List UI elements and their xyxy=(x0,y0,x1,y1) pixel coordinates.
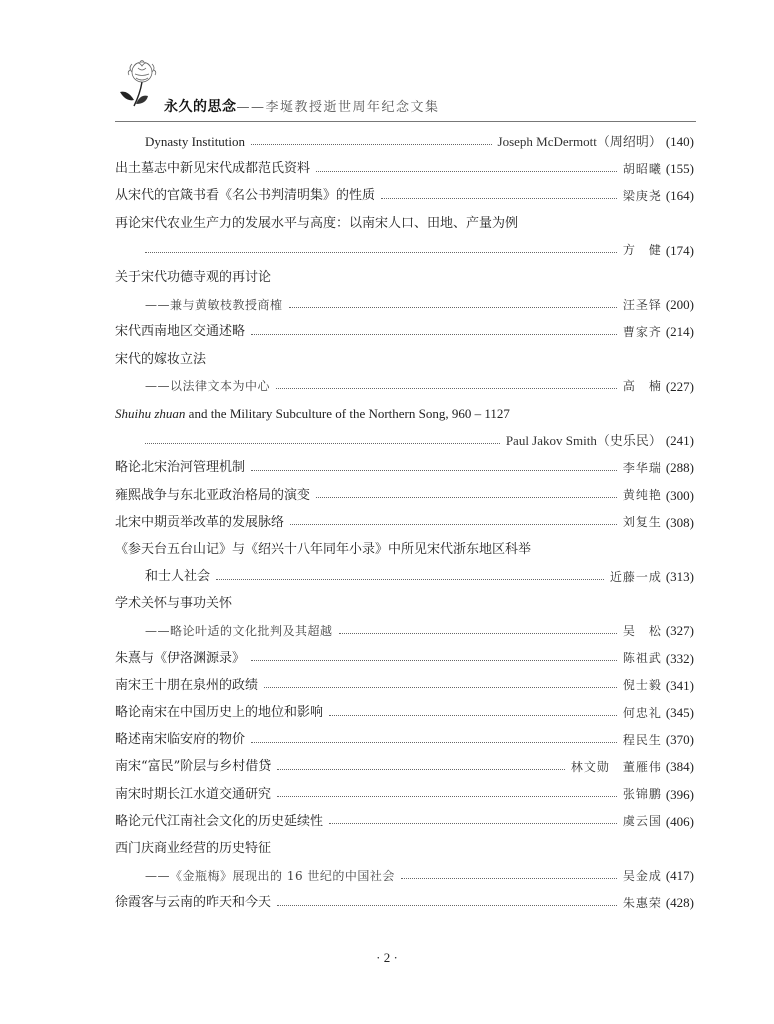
dot-leader xyxy=(401,877,617,879)
toc-entry[interactable]: 略论北宋治河管理机制 李华瑞 (288) xyxy=(115,454,694,481)
dot-leader xyxy=(251,143,492,145)
toc-page: (227) xyxy=(666,380,694,393)
dot-leader xyxy=(316,496,617,498)
toc-page: (308) xyxy=(666,516,694,529)
dot-leader xyxy=(329,714,617,716)
toc-entry[interactable]: 南宋时期长江水道交通研究 张锦鹏 (396) xyxy=(115,781,694,808)
toc-title: 徐霞客与云南的昨天和今天 xyxy=(115,896,271,909)
dot-leader xyxy=(290,523,617,525)
toc-entry[interactable]: 南宋王十朋在泉州的政绩 倪士毅 (341) xyxy=(115,672,694,699)
toc-entry[interactable]: 略论南宋在中国历史上的地位和影响 何忠礼 (345) xyxy=(115,699,694,726)
toc-title: 北宋中期贡举改革的发展脉络 xyxy=(115,516,284,529)
toc-title: 略论北宋治河管理机制 xyxy=(115,461,245,474)
toc-author: 汪圣铎 xyxy=(623,299,662,311)
dot-leader xyxy=(251,741,617,743)
page-number: · 2 · xyxy=(0,950,774,966)
toc-entry[interactable]: 雍熙战争与东北亚政治格局的演变 黄纯艳 (300) xyxy=(115,481,694,508)
book-title: 永久的思念——李埏教授逝世周年纪念文集 xyxy=(164,96,440,116)
toc-title: 朱熹与《伊洛渊源录》 xyxy=(115,652,245,665)
toc-entry[interactable]: 徐霞客与云南的昨天和今天 朱惠荣 (428) xyxy=(115,889,694,916)
toc-page: (428) xyxy=(666,896,694,909)
toc-entry[interactable]: 略述南宋临安府的物价 程民生 (370) xyxy=(115,726,694,753)
toc-entry[interactable]: 从宋代的官箴书看《名公书判清明集》的性质 梁庚尧 (164) xyxy=(115,182,694,209)
toc-subtitle: ——以法律文本为中心 xyxy=(145,380,270,392)
toc-author: 黄纯艳 xyxy=(623,489,662,501)
toc-author: 程民生 xyxy=(623,734,662,746)
toc-page: (406) xyxy=(666,815,694,828)
dot-leader xyxy=(277,904,617,906)
toc-page: (241) xyxy=(666,434,694,447)
toc-page: (200) xyxy=(666,298,694,311)
toc-author: 高 楠 xyxy=(623,380,662,392)
toc-author: 胡昭曦 xyxy=(623,163,662,175)
chrysanthemum-flower-icon xyxy=(116,58,164,114)
toc-page: (384) xyxy=(666,760,694,773)
toc-entry[interactable]: Dynasty Institution Joseph McDermott（周绍明… xyxy=(115,128,694,155)
running-header: 永久的思念——李埏教授逝世周年纪念文集 xyxy=(112,58,696,122)
toc-title: 西门庆商业经营的历史特征 xyxy=(115,842,271,855)
toc-page: (288) xyxy=(666,461,694,474)
toc-entry-title[interactable]: Shuihu zhuan and the Military Subculture… xyxy=(115,400,694,427)
toc-author: 梁庚尧 xyxy=(623,190,662,202)
toc-entry-subtitle[interactable]: ——略论叶适的文化批判及其超越 吴 松 (327) xyxy=(115,617,694,644)
toc-entry-title[interactable]: 学术关怀与事功关怀 xyxy=(115,590,694,617)
toc-entry-subtitle[interactable]: ——《金瓶梅》展现出的 16 世纪的中国社会 吴金成 (417) xyxy=(115,862,694,889)
toc-author: 陈祖武 xyxy=(623,652,662,664)
toc-author: 朱惠荣 xyxy=(623,897,662,909)
toc-author: 方 健 xyxy=(623,244,662,256)
dot-leader xyxy=(316,170,617,172)
dot-leader xyxy=(251,659,617,661)
toc-entry-leader[interactable]: 方 健 (174) xyxy=(115,237,694,264)
toc-page: (345) xyxy=(666,706,694,719)
toc-title-italic: Shuihu zhuan xyxy=(115,406,185,421)
dot-leader xyxy=(216,578,604,580)
toc-entry-title[interactable]: 再论宋代农业生产力的发展水平与高度：以南宋人口、田地、产量为例 xyxy=(115,210,694,237)
toc-title: 出土墓志中新见宋代成都范氏资料 xyxy=(115,162,310,175)
toc-entry-title[interactable]: 西门庆商业经营的历史特征 xyxy=(115,835,694,862)
book-title-main: 永久的思念 xyxy=(164,99,237,115)
dot-leader xyxy=(251,469,617,471)
toc-entry[interactable]: 略论元代江南社会文化的历史延续性 虞云国 (406) xyxy=(115,808,694,835)
toc-title: Shuihu zhuan and the Military Subculture… xyxy=(115,407,510,420)
toc-page: (417) xyxy=(666,869,694,882)
dot-leader xyxy=(264,686,617,688)
book-title-subtitle: ——李埏教授逝世周年纪念文集 xyxy=(237,100,440,115)
toc-title: 略论南宋在中国历史上的地位和影响 xyxy=(115,706,323,719)
toc-title-rest: and the Military Subculture of the North… xyxy=(185,406,509,421)
toc-author: 吴金成 xyxy=(623,870,662,882)
toc-title: 南宋“富民”阶层与乡村借贷 xyxy=(115,760,271,773)
toc-page: (396) xyxy=(666,788,694,801)
toc-entry-title[interactable]: 宋代的嫁妆立法 xyxy=(115,346,694,373)
toc-entry[interactable]: 和士人社会 近藤一成 (313) xyxy=(115,563,694,590)
toc-page: (341) xyxy=(666,679,694,692)
dot-leader xyxy=(277,795,617,797)
toc-title: 宋代西南地区交通述略 xyxy=(115,325,245,338)
toc-title: 略论元代江南社会文化的历史延续性 xyxy=(115,815,323,828)
toc-author: 林文勋 董雁伟 xyxy=(571,761,662,773)
toc-page: (164) xyxy=(666,189,694,202)
toc-author: 张锦鹏 xyxy=(623,788,662,800)
toc-title: 雍熙战争与东北亚政治格局的演变 xyxy=(115,489,310,502)
toc-subtitle: ——略论叶适的文化批判及其超越 xyxy=(145,625,333,637)
toc-page: (370) xyxy=(666,733,694,746)
toc-author: 曹家齐 xyxy=(623,326,662,338)
toc-entry[interactable]: 宋代西南地区交通述略 曹家齐 (214) xyxy=(115,318,694,345)
toc-page: (174) xyxy=(666,244,694,257)
dot-leader xyxy=(289,306,617,308)
toc-entry-subtitle[interactable]: ——兼与黄敏枝教授商榷 汪圣铎 (200) xyxy=(115,291,694,318)
toc-title: 南宋时期长江水道交通研究 xyxy=(115,788,271,801)
dot-leader xyxy=(276,387,617,389)
dot-leader xyxy=(145,251,617,253)
dot-leader xyxy=(339,632,617,634)
toc-entry-title[interactable]: 《参天台五台山记》与《绍兴十八年同年小录》中所见宋代浙东地区科举 xyxy=(115,536,694,563)
toc-author: 近藤一成 xyxy=(610,571,662,583)
toc-page: (327) xyxy=(666,624,694,637)
dot-leader xyxy=(329,822,617,824)
toc-author: Joseph McDermott（周绍明） xyxy=(498,135,662,148)
toc-page: (214) xyxy=(666,325,694,338)
toc-title: 和士人社会 xyxy=(145,570,210,583)
toc-author: 倪士毅 xyxy=(623,679,662,691)
toc-title: 略述南宋临安府的物价 xyxy=(115,733,245,746)
toc-entry[interactable]: 南宋“富民”阶层与乡村借贷 林文勋 董雁伟 (384) xyxy=(115,753,694,780)
toc-author: 吴 松 xyxy=(623,625,662,637)
table-of-contents: Dynasty Institution Joseph McDermott（周绍明… xyxy=(115,128,694,916)
toc-title: 从宋代的官箴书看《名公书判清明集》的性质 xyxy=(115,189,375,202)
toc-page: (155) xyxy=(666,162,694,175)
toc-author: 李华瑞 xyxy=(623,462,662,474)
toc-entry-title[interactable]: 关于宋代功德寺观的再讨论 xyxy=(115,264,694,291)
dot-leader xyxy=(277,768,565,770)
toc-title: Dynasty Institution xyxy=(145,135,245,148)
dot-leader xyxy=(251,333,617,335)
toc-title: 关于宋代功德寺观的再讨论 xyxy=(115,271,271,284)
toc-page: (332) xyxy=(666,652,694,665)
toc-page: (313) xyxy=(666,570,694,583)
toc-entry[interactable]: 朱熹与《伊洛渊源录》 陈祖武 (332) xyxy=(115,645,694,672)
toc-author: 虞云国 xyxy=(623,815,662,827)
dot-leader xyxy=(145,442,500,444)
toc-entry[interactable]: 出土墓志中新见宋代成都范氏资料 胡昭曦 (155) xyxy=(115,155,694,182)
toc-title: 宋代的嫁妆立法 xyxy=(115,353,206,366)
toc-title: 再论宋代农业生产力的发展水平与高度：以南宋人口、田地、产量为例 xyxy=(115,217,518,230)
toc-author: 何忠礼 xyxy=(623,707,662,719)
toc-title: 学术关怀与事功关怀 xyxy=(115,597,232,610)
toc-entry-subtitle[interactable]: ——以法律文本为中心 高 楠 (227) xyxy=(115,373,694,400)
toc-subtitle: ——兼与黄敏枝教授商榷 xyxy=(145,299,283,311)
toc-title: 《参天台五台山记》与《绍兴十八年同年小录》中所见宋代浙东地区科举 xyxy=(115,543,531,556)
toc-author: 刘复生 xyxy=(623,516,662,528)
dot-leader xyxy=(381,197,617,199)
toc-title: 南宋王十朋在泉州的政绩 xyxy=(115,679,258,692)
toc-author: Paul Jakov Smith（史乐民） xyxy=(506,434,662,447)
toc-page: (140) xyxy=(666,135,694,148)
toc-page: (300) xyxy=(666,489,694,502)
toc-entry-leader[interactable]: Paul Jakov Smith（史乐民） (241) xyxy=(115,427,694,454)
header-divider xyxy=(115,121,696,122)
toc-subtitle: ——《金瓶梅》展现出的 16 世纪的中国社会 xyxy=(145,870,395,882)
toc-entry[interactable]: 北宋中期贡举改革的发展脉络 刘复生 (308) xyxy=(115,509,694,536)
